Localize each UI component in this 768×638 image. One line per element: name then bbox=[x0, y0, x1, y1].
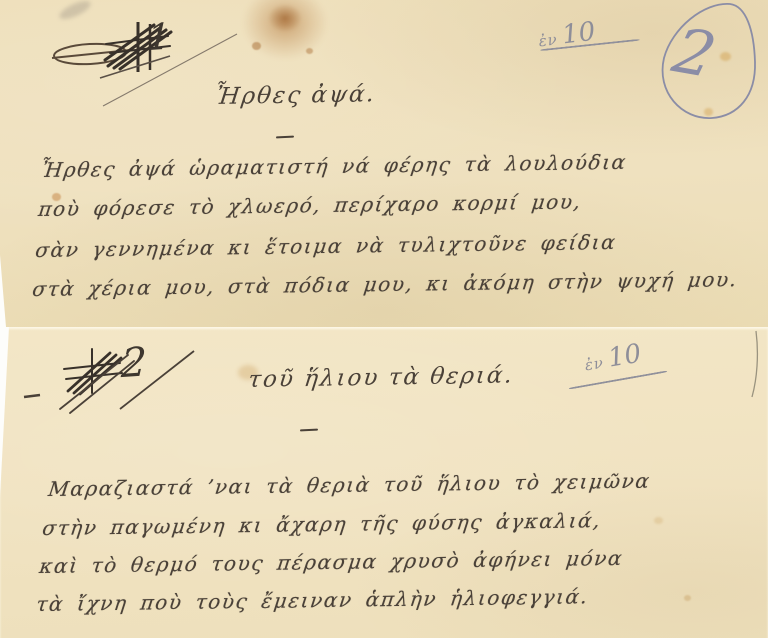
poem-title: Ἦρθες ἀψά. bbox=[213, 81, 378, 110]
title-dash bbox=[276, 136, 294, 139]
manuscript-line: καὶ τὸ θερμό τους πέρασμα χρυσὸ ἀφήνει μ… bbox=[38, 546, 625, 578]
pencil-underline bbox=[569, 370, 668, 389]
manuscript-fragment-bottom: 2 ἐν 10 τοῦ ἥλιου τὰ θεριά. Μαραζιαστά ’… bbox=[0, 327, 768, 638]
pencil-number: 10 bbox=[606, 339, 643, 374]
ink-stain-dot bbox=[252, 42, 261, 50]
foxing-spot bbox=[654, 517, 663, 524]
manuscript-line: τὰ ἴχνη ποὺ τοὺς ἔμειναν ἁπλὴν ἡλιοφεγγι… bbox=[35, 584, 590, 616]
foxing-spot bbox=[684, 595, 691, 601]
manuscript-line: στὰ χέρια μου, στὰ πόδια μου, κι ἀκόμη σ… bbox=[31, 267, 739, 301]
ink-stain-core bbox=[268, 4, 302, 32]
smudge-mark bbox=[57, 0, 93, 23]
manuscript-line: στὴν παγωμένη κι ἄχαρη τῆς φύσης ἀγκαλιά… bbox=[41, 508, 603, 540]
number-slash-stroke bbox=[112, 343, 212, 413]
edge-pencil-mark bbox=[742, 327, 768, 407]
pencil-word: ἐν bbox=[583, 354, 605, 375]
manuscript-fragment-top: 1 ἐν 10 2 Ἦρθες ἀψά. Ἦρθες ἀψά ὡραματιστ… bbox=[0, 0, 768, 327]
manuscript-scan: 1 ἐν 10 2 Ἦρθες ἀψά. Ἦρθες ἀψά ὡραματιστ… bbox=[0, 0, 768, 638]
ink-stain bbox=[242, 0, 328, 60]
poem-title: τοῦ ἥλιου τὰ θεριά. bbox=[247, 362, 516, 393]
manuscript-line: σὰν γεννημένα κι ἕτοιμα νὰ τυλιχτοῦνε φε… bbox=[34, 230, 618, 262]
manuscript-line: ποὺ φόρεσε τὸ χλωερό, περίχαρο κορμί μου… bbox=[37, 189, 583, 221]
manuscript-line: Ἦρθες ἀψά ὡραματιστή νά φέρης τὰ λουλούδ… bbox=[39, 150, 628, 182]
pencil-price-note: ἐν 10 bbox=[582, 339, 643, 378]
manuscript-line: Μαραζιαστά ’ναι τὰ θεριὰ τοῦ ἥλιου τὸ χε… bbox=[47, 469, 652, 501]
title-dash bbox=[300, 429, 318, 432]
ink-stain-dot bbox=[306, 48, 313, 54]
